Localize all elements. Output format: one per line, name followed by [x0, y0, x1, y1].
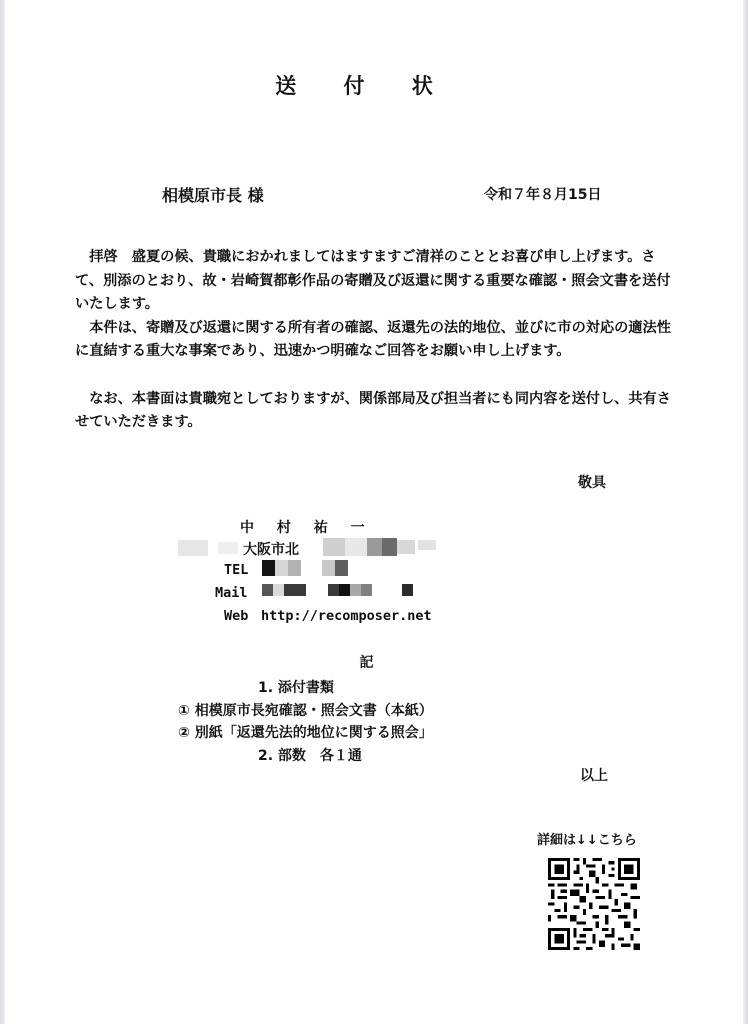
sender-name: 中 村 祐 一 [240, 517, 374, 537]
letter-body: 拝啓 盛夏の候、貴職におかれましてはますますご清祥のこととお喜び申し上げます。さ… [75, 246, 675, 435]
document-title: 送 付 状 [0, 70, 728, 100]
ki-heading: 記 [0, 652, 733, 672]
sender-address: 大阪市北 [243, 539, 299, 559]
request-paragraph: 本件は、寄贈及び返還に関する所有者の確認、返還先の法的地位、並びに市の対応の適法… [75, 317, 675, 364]
enclosures-heading: 1. 添付書類 [258, 677, 334, 697]
closing-keigu: 敬具 [578, 472, 606, 492]
tel-label: TEL [224, 562, 248, 578]
page-edge-right [743, 0, 748, 1024]
mail-label: Mail [215, 585, 248, 601]
page-edge-left [0, 0, 5, 1024]
redacted-mail-mosaic [262, 584, 422, 600]
document-date: 令和７年８月15日 [484, 184, 601, 204]
enclosure-item-2: ② 別紙「返還先法的地位に関する照会」 [178, 722, 433, 742]
redacted-address-mosaic [178, 538, 438, 558]
enclosure-item-1: ① 相模原市長宛確認・照会文書（本紙） [178, 700, 433, 720]
end-mark-ijou: 以上 [580, 765, 608, 785]
addressee: 相模原市長 様 [162, 183, 264, 206]
greeting-paragraph: 拝啓 盛夏の候、貴職におかれましてはますますご清祥のこととお喜び申し上げます。さ… [75, 246, 675, 317]
website-link[interactable]: http://recomposer.net [261, 608, 432, 624]
redacted-tel-mosaic [262, 560, 412, 578]
sharing-paragraph: なお、本書面は貴職宛としておりますが、関係部局及び担当者にも同内容を送付し、共有… [75, 388, 675, 435]
details-pointer-text: 詳細は↓↓こちら [537, 829, 637, 848]
sender-address-visible: 大阪市北 [243, 542, 299, 558]
copies-count: 2. 部数 各１通 [258, 745, 362, 765]
qr-code-icon[interactable] [548, 858, 640, 950]
web-label: Web [224, 608, 248, 624]
